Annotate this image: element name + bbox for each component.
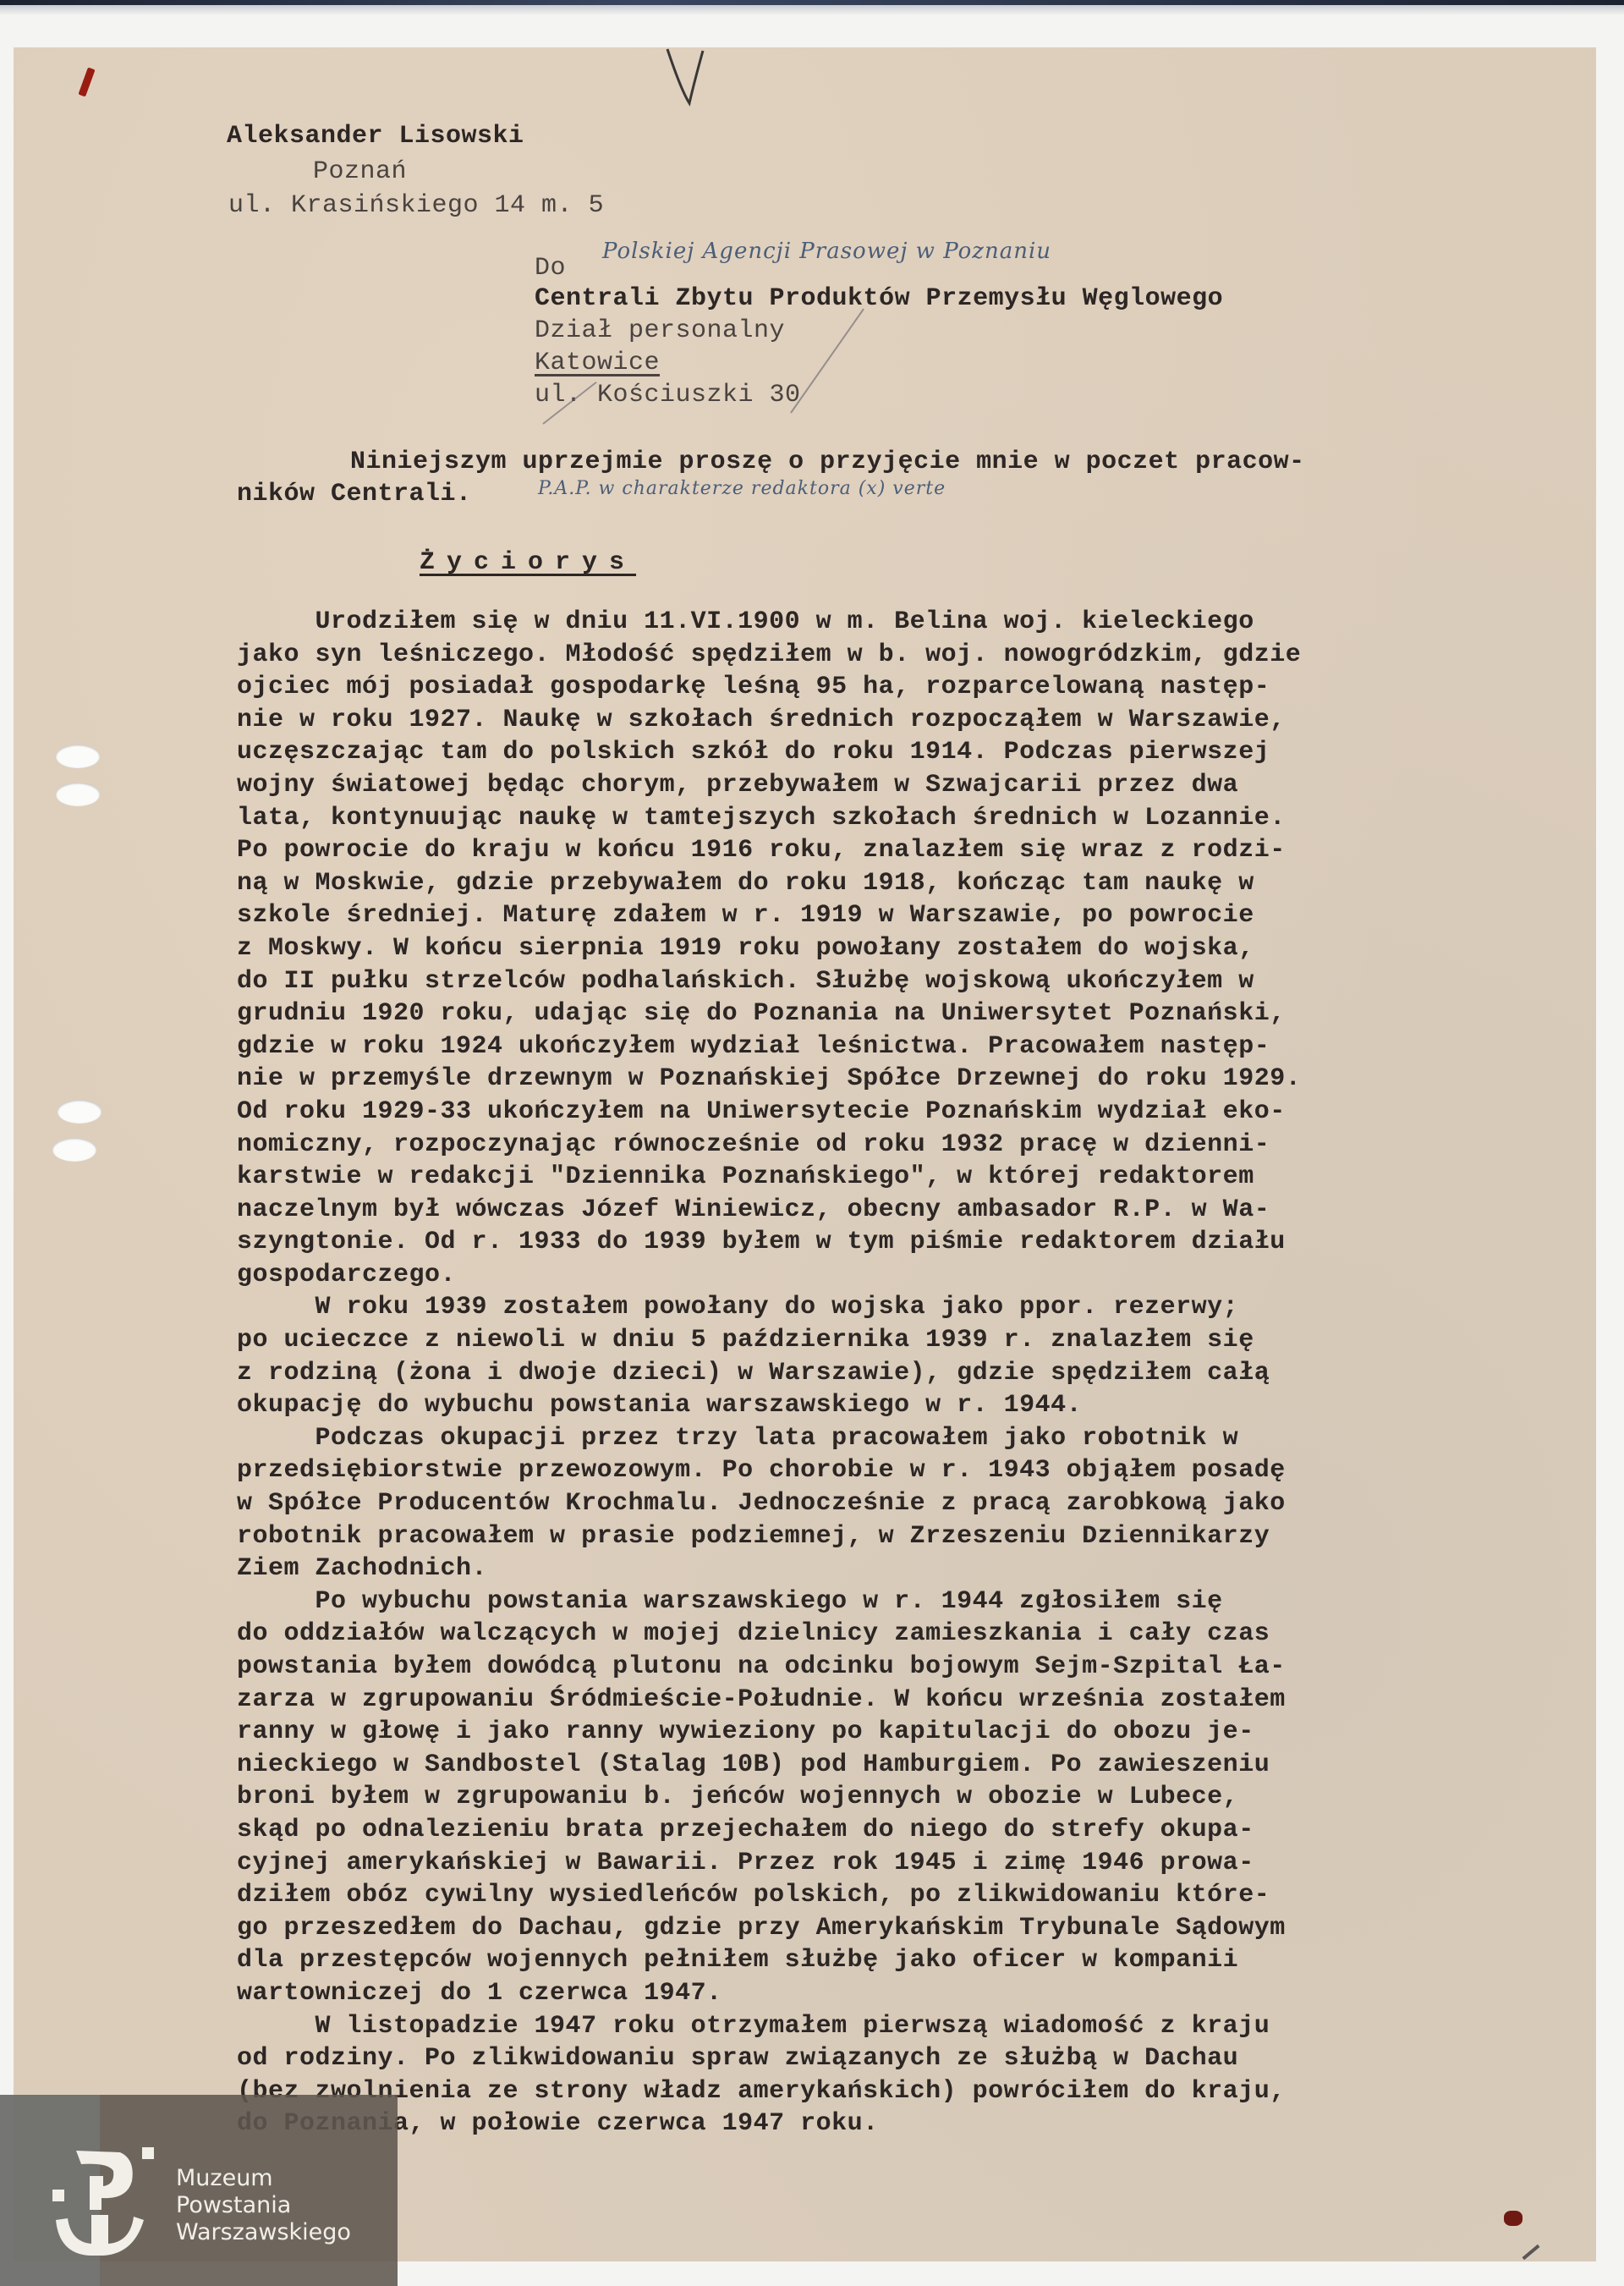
recipient-line: Centrali Zbytu Produktów Przemysłu Węglo…: [535, 283, 1223, 316]
body-line: nieckiego w Sandbostel (Stalag 10B) pod …: [237, 1749, 1301, 1782]
body-line: przedsiębiorstwie przewozowym. Po chorob…: [237, 1454, 1301, 1487]
museum-watermark: Muzeum Powstania Warszawskiego: [0, 2095, 398, 2286]
recipient-prefix: Do: [535, 252, 566, 285]
body-line: po ucieczce z niewoli w dniu 5 październ…: [237, 1324, 1301, 1357]
body-line: gospodarczego.: [237, 1259, 1301, 1292]
body-line: karstwie w redakcji "Dziennika Poznański…: [237, 1161, 1301, 1194]
body-line: ranny w głowę i jako ranny wywieziony po…: [237, 1716, 1301, 1749]
recipient-line: Katowice: [535, 347, 660, 380]
ink-stain: [1504, 2211, 1522, 2226]
body-line: gdzie w roku 1924 ukończyłem wydział leś…: [237, 1030, 1301, 1063]
body-line: dziłem obóz cywilny wysiedleńców polskic…: [237, 1879, 1301, 1912]
sender-name: Aleksander Lisowski: [227, 120, 524, 153]
body-line: Ziem Zachodnich.: [237, 1552, 1301, 1585]
body-line: W roku 1939 zostałem powołany do wojska …: [237, 1291, 1301, 1324]
body-line: nomiczny, rozpoczynając równocześnie od …: [237, 1129, 1301, 1162]
body-line: wojny światowej będąc chorym, przebywałe…: [237, 769, 1301, 802]
request-line-1: Niniejszym uprzejmie proszę o przyjęcie …: [350, 446, 1305, 479]
body-line: robotnik pracowałem w prasie podziemnej,…: [237, 1520, 1301, 1553]
check-mark-icon: [664, 47, 723, 108]
punch-hole: [56, 783, 100, 806]
body-line: nie w przemyśle drzewnym w Poznańskiej S…: [237, 1063, 1301, 1096]
body-line: ną w Moskwie, gdzie przebywałem do roku …: [237, 867, 1301, 900]
punch-hole: [52, 1138, 96, 1162]
body-line: wartowniczej do 1 czerwca 1947.: [237, 1977, 1301, 2010]
scanner-shadow: [0, 5, 1624, 15]
body-line: z Moskwy. W końcu sierpnia 1919 roku pow…: [237, 932, 1301, 965]
body-line: go przeszedłem do Dachau, gdzie przy Ame…: [237, 1912, 1301, 1945]
sender-city: Poznań: [313, 156, 407, 189]
body-line: uczęszczając tam do polskich szkół do ro…: [237, 736, 1301, 769]
body-line: w Spółce Producentów Krochmalu. Jednocze…: [237, 1487, 1301, 1520]
body-line: Po powrocie do kraju w końcu 1916 roku, …: [237, 834, 1301, 867]
body-line: z rodziną (żona i dwoje dzieci) w Warsza…: [237, 1357, 1301, 1390]
watermark-text: Muzeum Powstania Warszawskiego: [176, 2165, 351, 2246]
recipient-line: Dział personalny: [535, 315, 785, 348]
recipient-line: ul. Kościuszki 30: [535, 379, 801, 412]
punch-hole: [56, 745, 100, 768]
body-line: powstania byłem dowódcą plutonu na odcin…: [237, 1651, 1301, 1684]
body-line: Urodziłem się w dniu 11.VI.1900 w m. Bel…: [237, 606, 1301, 639]
request-line-2: ników Centrali.: [237, 478, 472, 511]
body-line: lata, kontynuując naukę w tamtejszych sz…: [237, 802, 1301, 835]
body-line: ojciec mój posiadał gospodarkę leśną 95 …: [237, 671, 1301, 704]
watermark-line: Muzeum: [176, 2165, 351, 2192]
body-text: Urodziłem się w dniu 11.VI.1900 w m. Bel…: [237, 606, 1301, 2140]
body-line: szkole średniej. Maturę zdałem w r. 1919…: [237, 899, 1301, 932]
body-line: broni byłem w zgrupowaniu b. jeńców woje…: [237, 1781, 1301, 1814]
body-line: Od roku 1929-33 ukończyłem na Uniwersyte…: [237, 1096, 1301, 1129]
body-line: okupację do wybuchu powstania warszawski…: [237, 1389, 1301, 1422]
handwritten-note: P.A.P. w charakterze redaktora (x) verte: [538, 478, 946, 499]
body-line: nie w roku 1927. Naukę w szkołach średni…: [237, 704, 1301, 737]
kotwica-anchor-logo-icon: [52, 2147, 154, 2257]
body-line: Po wybuchu powstania warszawskiego w r. …: [237, 1585, 1301, 1618]
punch-hole: [58, 1100, 101, 1124]
body-line: do oddziałów walczących w mojej dzielnic…: [237, 1618, 1301, 1651]
body-line: naczelnym był wówczas Józef Winiewicz, o…: [237, 1194, 1301, 1227]
body-line: szyngtonie. Od r. 1933 do 1939 byłem w t…: [237, 1226, 1301, 1259]
body-line: cyjnej amerykańskiej w Bawarii. Przez ro…: [237, 1847, 1301, 1880]
body-line: do II pułku strzelców podhalańskich. Słu…: [237, 965, 1301, 998]
body-line: W listopadzie 1947 roku otrzymałem pierw…: [237, 2010, 1301, 2043]
document-title: Życiorys: [420, 547, 636, 580]
body-line: skąd po odnalezieniu brata przejechałem …: [237, 1814, 1301, 1847]
body-line: dla przestępców wojennych pełniłem służb…: [237, 1944, 1301, 1977]
body-line: zarza w zgrupowaniu Śródmieście-Południe…: [237, 1684, 1301, 1717]
body-line: grudniu 1920 roku, udając się do Poznani…: [237, 997, 1301, 1030]
handwritten-recipient-correction: Polskiej Agencji Prasowej w Poznaniu: [602, 239, 1051, 264]
watermark-line: Warszawskiego: [176, 2219, 351, 2246]
body-line: jako syn leśniczego. Młodość spędziłem w…: [237, 639, 1301, 672]
watermark-line: Powstania: [176, 2192, 351, 2219]
body-line: Podczas okupacji przez trzy lata pracowa…: [237, 1422, 1301, 1455]
sender-address: ul. Krasińskiego 14 m. 5: [228, 190, 604, 223]
body-line: od rodziny. Po zlikwidowaniu spraw związ…: [237, 2042, 1301, 2075]
